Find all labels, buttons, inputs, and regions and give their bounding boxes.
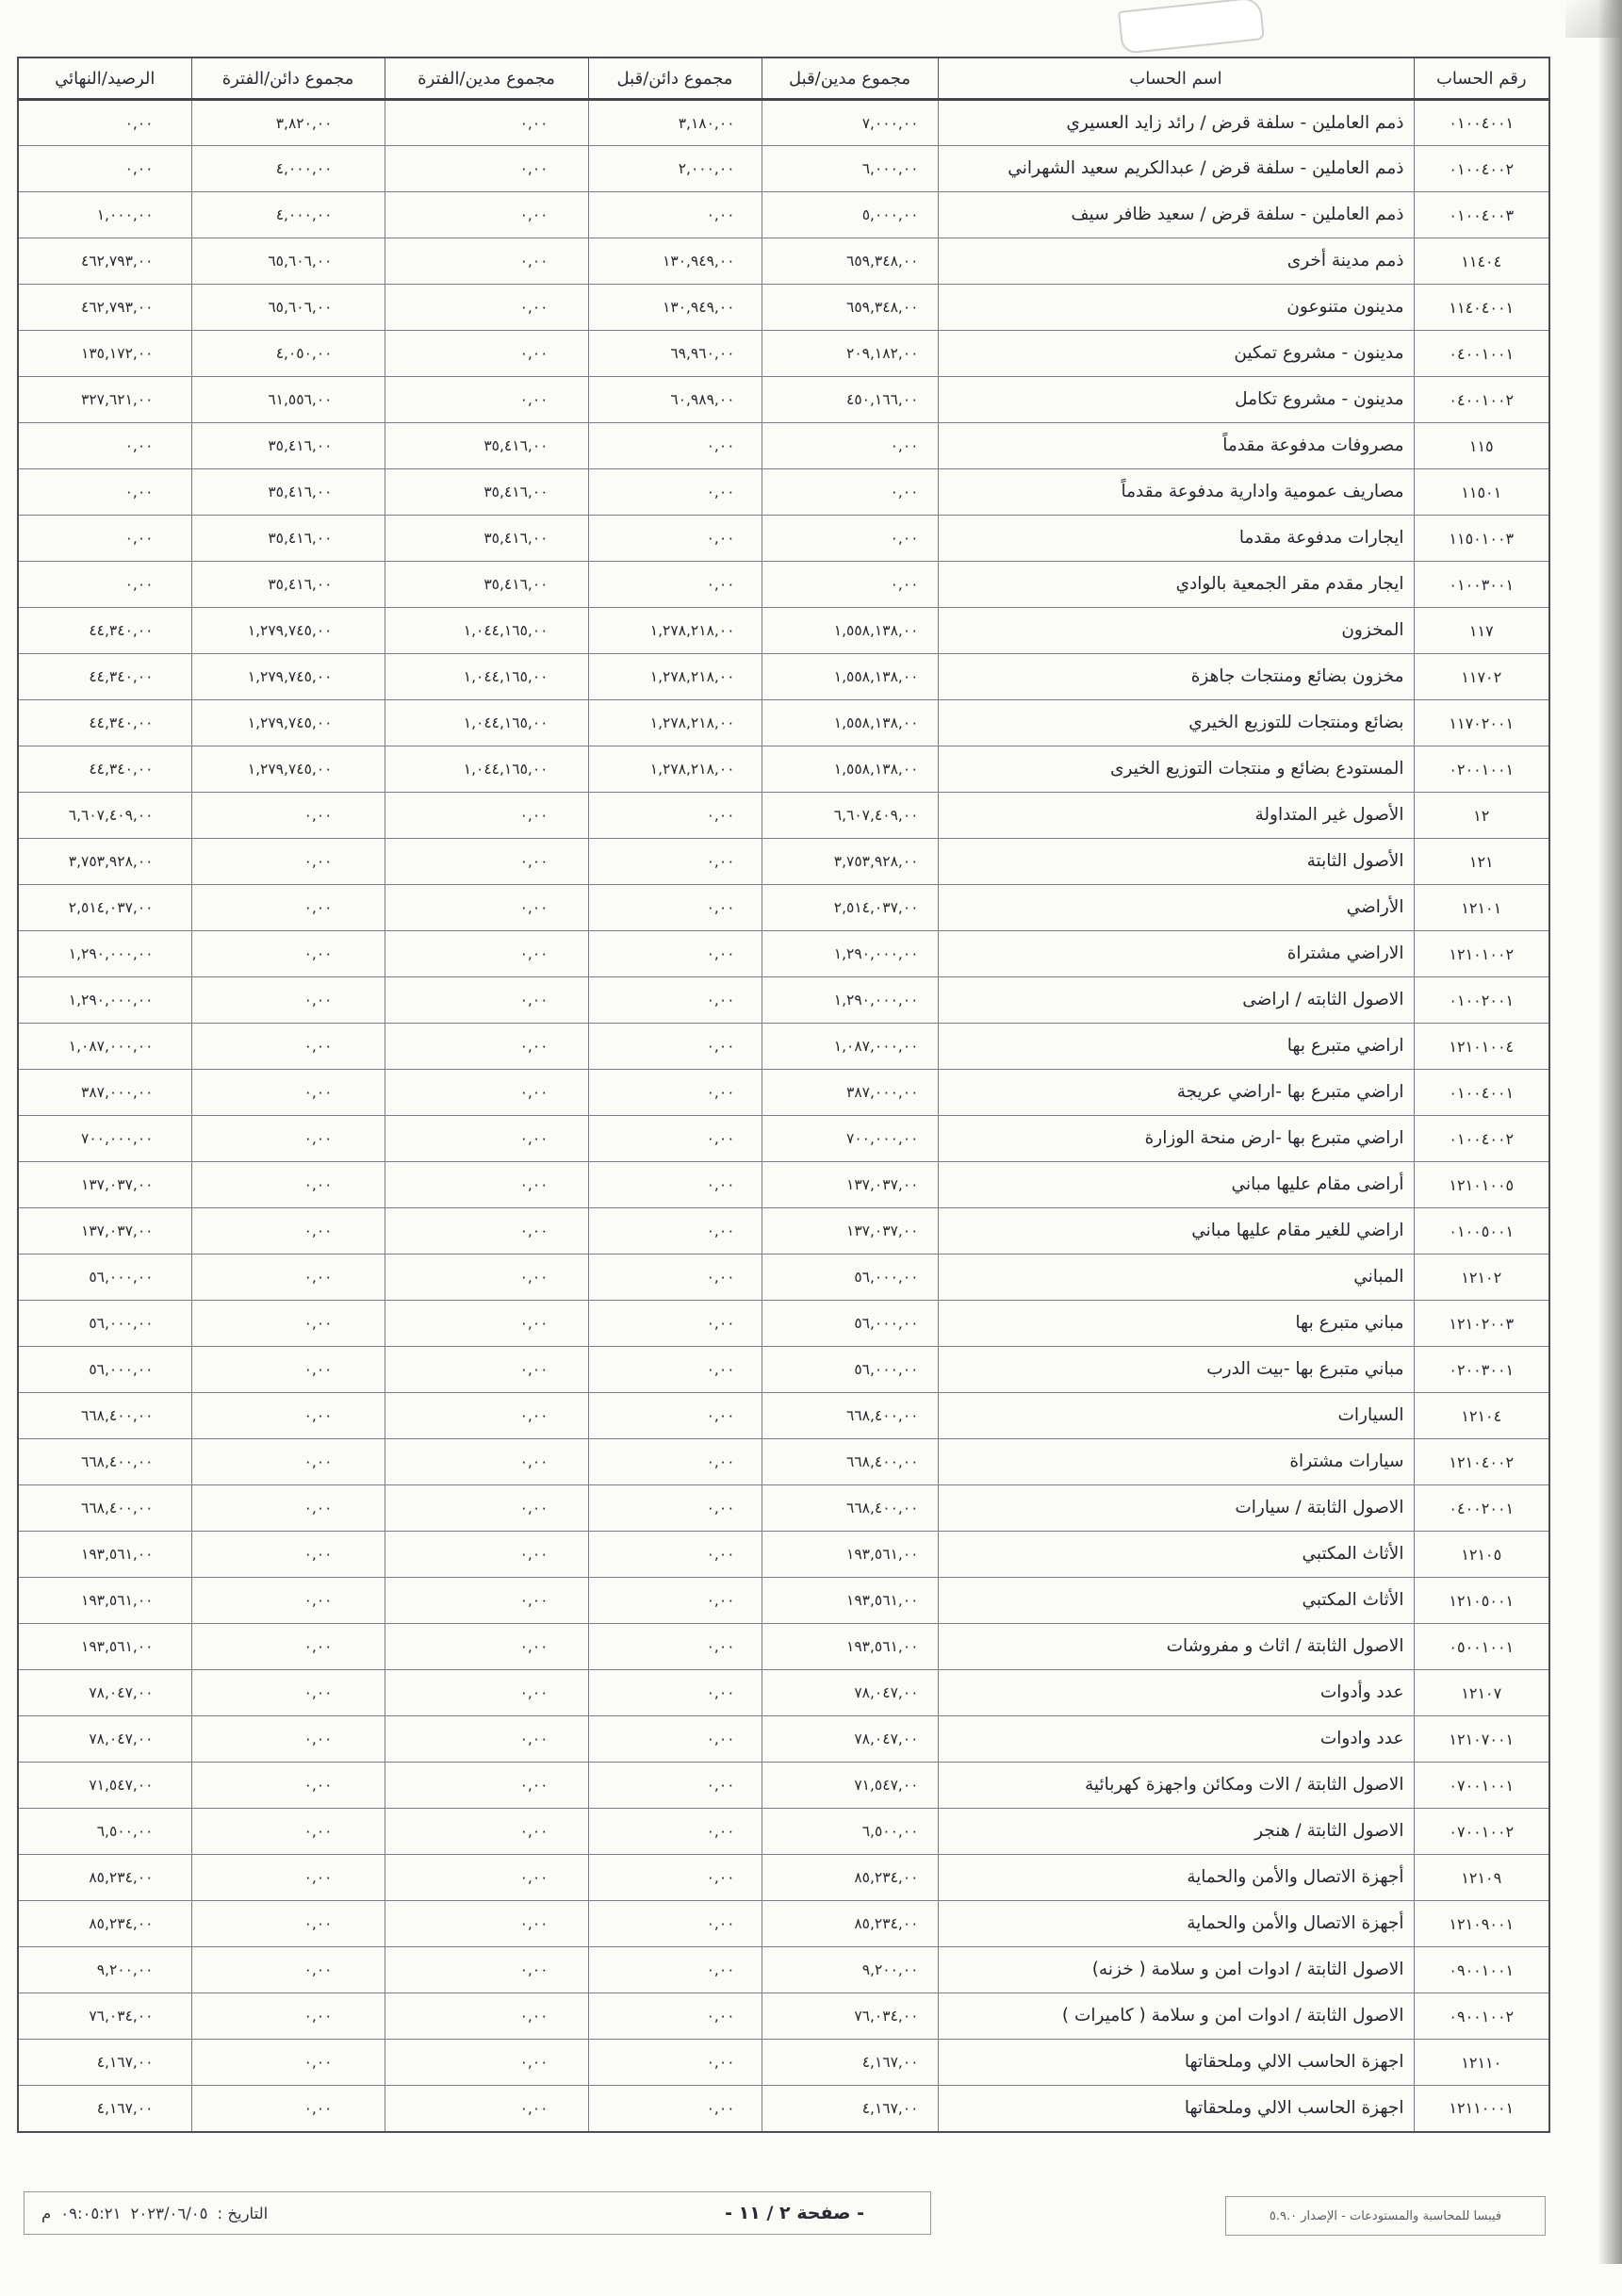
account-name-cell: ايجارات مدفوعة مقدما [938, 516, 1414, 562]
final-balance-cell: ٤٦٢,٧٩٣,٠٠ [18, 238, 191, 285]
credit-before-cell: ٦٩,٩٦٠,٠٠ [588, 331, 762, 377]
final-balance-cell: ٣٨٧,٠٠٠,٠٠ [18, 1070, 191, 1116]
debit-period-cell: ٠,٠٠ [385, 2086, 588, 2132]
final-balance-cell: ٣٢٧,٦٢١,٠٠ [18, 377, 191, 423]
credit-period-cell: ٠,٠٠ [191, 1255, 385, 1301]
final-balance-cell: ٠,٠٠ [18, 100, 191, 146]
debit-before-cell: ١,٥٥٨,١٣٨,٠٠ [762, 700, 938, 746]
credit-before-cell: ٠,٠٠ [588, 1901, 762, 1947]
account-name-cell: ذمم مدينة أخرى [938, 238, 1414, 285]
final-balance-cell: ٦٦٨,٤٠٠,٠٠ [18, 1485, 191, 1532]
footer-vendor-box: فيبسا للمحاسبة والمستودعات - الإصدار ٥.٩… [1225, 2196, 1546, 2236]
footer-date-page-box: - صفحة ٢ / ١١ - التاريخ : ٢٠٢٣/٠٦/٠٥ ٠٩:… [24, 2191, 931, 2235]
final-balance-cell: ٠,٠٠ [18, 562, 191, 608]
debit-before-cell: ١٩٣,٥٦١,٠٠ [762, 1624, 938, 1670]
final-balance-cell: ١٣٧,٠٣٧,٠٠ [18, 1162, 191, 1208]
column-header-final-balance: الرصيد/النهائي [18, 57, 191, 100]
account-name-cell: أجهزة الاتصال والأمن والحماية [938, 1901, 1414, 1947]
account-number-cell: ٠٩٠٠١٠٠٢ [1414, 1993, 1549, 2040]
debit-before-cell: ٤٥٠,١٦٦,٠٠ [762, 377, 938, 423]
debit-period-cell: ٠,٠٠ [385, 931, 588, 977]
account-number-cell: ١١٧٠٢٠٠١ [1414, 700, 1549, 746]
debit-before-cell: ٣,٧٥٣,٩٢٨,٠٠ [762, 839, 938, 885]
account-name-cell: بضائع ومنتجات للتوزيع الخيري [938, 700, 1414, 746]
account-number-cell: ١١٥٠١ [1414, 469, 1549, 516]
account-name-cell: الاراضي مشتراة [938, 931, 1414, 977]
debit-before-cell: ٠,٠٠ [762, 516, 938, 562]
account-name-cell: اجهزة الحاسب الالي وملحقاتها [938, 2086, 1414, 2132]
debit-period-cell: ٠,٠٠ [385, 1716, 588, 1763]
table-row: ١٢ الأصول غير المتداولة ٦,٦٠٧,٤٠٩,٠٠ ٠,٠… [18, 793, 1549, 839]
final-balance-cell: ٧٨,٠٤٧,٠٠ [18, 1716, 191, 1763]
final-balance-cell: ٥٦,٠٠٠,٠٠ [18, 1301, 191, 1347]
debit-period-cell: ٠,٠٠ [385, 1347, 588, 1393]
credit-before-cell: ٠,٠٠ [588, 2086, 762, 2132]
credit-before-cell: ٠,٠٠ [588, 1024, 762, 1070]
debit-before-cell: ٧,٠٠٠,٠٠ [762, 100, 938, 146]
credit-period-cell: ٠,٠٠ [191, 1763, 385, 1809]
table-row: ١١٤٠٤٠٠١ مدينون متنوعون ٦٥٩,٣٤٨,٠٠ ١٣٠,٩… [18, 285, 1549, 331]
table-row: ٠١٠٠٢٠٠١ الاصول الثابته / اراضى ١,٢٩٠,٠٠… [18, 977, 1549, 1024]
credit-period-cell: ٠,٠٠ [191, 1347, 385, 1393]
credit-period-cell: ٠,٠٠ [191, 1716, 385, 1763]
debit-period-cell: ٠,٠٠ [385, 839, 588, 885]
credit-period-cell: ٠,٠٠ [191, 1901, 385, 1947]
account-number-cell: ١٢١٠١ [1414, 885, 1549, 931]
credit-before-cell: ٠,٠٠ [588, 1255, 762, 1301]
credit-period-cell: ٠,٠٠ [191, 2086, 385, 2132]
account-number-cell: ١١٥ [1414, 423, 1549, 469]
account-name-cell: عدد وادوات [938, 1716, 1414, 1763]
account-name-cell: مباني متبرع بها -بيت الدرب [938, 1347, 1414, 1393]
table-row: ٠١٠٠٤٠٠٢ اراضي متبرع بها -ارض منحة الوزا… [18, 1116, 1549, 1162]
credit-before-cell: ١,٢٧٨,٢١٨,٠٠ [588, 746, 762, 793]
account-number-cell: ١١٥٠١٠٠٣ [1414, 516, 1549, 562]
final-balance-cell: ٤٤,٣٤٠,٠٠ [18, 608, 191, 654]
credit-before-cell: ١٣٠,٩٤٩,٠٠ [588, 285, 762, 331]
account-name-cell: مصروفات مدفوعة مقدماً [938, 423, 1414, 469]
account-number-cell: ٠٤٠٠١٠٠١ [1414, 331, 1549, 377]
debit-period-cell: ٠,٠٠ [385, 331, 588, 377]
credit-period-cell: ٣٥,٤١٦,٠٠ [191, 423, 385, 469]
final-balance-cell: ٦٦٨,٤٠٠,٠٠ [18, 1393, 191, 1439]
account-number-cell: ١١٧٠٢ [1414, 654, 1549, 700]
credit-before-cell: ٠,٠٠ [588, 793, 762, 839]
credit-before-cell: ١,٢٧٨,٢١٨,٠٠ [588, 700, 762, 746]
debit-period-cell: ٣٥,٤١٦,٠٠ [385, 562, 588, 608]
account-name-cell: اراضي متبرع بها -ارض منحة الوزارة [938, 1116, 1414, 1162]
credit-period-cell: ٤,٠٠٠,٠٠ [191, 192, 385, 238]
table-row: ٠١٠٠٤٠٠١ ذمم العاملين - سلفة قرض / رائد … [18, 100, 1549, 146]
credit-period-cell: ١,٢٧٩,٧٤٥,٠٠ [191, 654, 385, 700]
table-row: ١١٤٠٤ ذمم مدينة أخرى ٦٥٩,٣٤٨,٠٠ ١٣٠,٩٤٩,… [18, 238, 1549, 285]
account-number-cell: ١٢١٠١٠٠٥ [1414, 1162, 1549, 1208]
debit-period-cell: ٠,٠٠ [385, 1116, 588, 1162]
debit-period-cell: ٠,٠٠ [385, 238, 588, 285]
debit-period-cell: ٠,٠٠ [385, 1485, 588, 1532]
credit-before-cell: ٠,٠٠ [588, 1301, 762, 1347]
column-header-debit-before: مجموع مدين/قبل [762, 57, 938, 100]
final-balance-cell: ٧٨,٠٤٧,٠٠ [18, 1670, 191, 1716]
debit-before-cell: ٥٦,٠٠٠,٠٠ [762, 1347, 938, 1393]
final-balance-cell: ٤,١٦٧,٠٠ [18, 2086, 191, 2132]
credit-before-cell: ٠,٠٠ [588, 192, 762, 238]
account-name-cell: أراضى مقام عليها مباني [938, 1162, 1414, 1208]
credit-before-cell: ٠,٠٠ [588, 562, 762, 608]
account-name-cell: الأراضي [938, 885, 1414, 931]
account-number-cell: ١٢١٠٥٠٠١ [1414, 1578, 1549, 1624]
account-number-cell: ٠٧٠٠١٠٠١ [1414, 1763, 1549, 1809]
table-row: ١٢١١٠ اجهزة الحاسب الالي وملحقاتها ٤,١٦٧… [18, 2040, 1549, 2086]
credit-before-cell: ٠,٠٠ [588, 1162, 762, 1208]
account-name-cell: مصاريف عمومية وادارية مدفوعة مقدماً [938, 469, 1414, 516]
account-number-cell: ١٢١٠٤ [1414, 1393, 1549, 1439]
account-name-cell: ايجار مقدم مقر الجمعية بالوادي [938, 562, 1414, 608]
account-name-cell: الاصول الثابتة / الات ومكائن واجهزة كهرب… [938, 1763, 1414, 1809]
credit-period-cell: ٠,٠٠ [191, 1855, 385, 1901]
credit-period-cell: ٣٥,٤١٦,٠٠ [191, 516, 385, 562]
credit-period-cell: ٦١,٥٥٦,٠٠ [191, 377, 385, 423]
debit-period-cell: ١,٠٤٤,١٦٥,٠٠ [385, 654, 588, 700]
account-number-cell: ١٢١٠٤٠٠٢ [1414, 1439, 1549, 1485]
account-name-cell: الأصول غير المتداولة [938, 793, 1414, 839]
credit-before-cell: ٠,٠٠ [588, 1116, 762, 1162]
final-balance-cell: ١٣٥,١٧٢,٠٠ [18, 331, 191, 377]
account-number-cell: ١٢١ [1414, 839, 1549, 885]
debit-before-cell: ٧٨,٠٤٧,٠٠ [762, 1716, 938, 1763]
credit-period-cell: ٠,٠٠ [191, 1532, 385, 1578]
debit-before-cell: ٠,٠٠ [762, 469, 938, 516]
credit-period-cell: ٠,٠٠ [191, 839, 385, 885]
account-name-cell: مدينون - مشروع تكامل [938, 377, 1414, 423]
credit-period-cell: ٤,٠٥٠,٠٠ [191, 331, 385, 377]
table-row: ٠٢٠٠١٠٠١ المستودع بضائع و منتجات التوزيع… [18, 746, 1549, 793]
final-balance-cell: ١٩٣,٥٦١,٠٠ [18, 1624, 191, 1670]
final-balance-cell: ١,٢٩٠,٠٠٠,٠٠ [18, 931, 191, 977]
credit-period-cell: ٠,٠٠ [191, 1670, 385, 1716]
credit-before-cell: ٠,٠٠ [588, 1208, 762, 1255]
debit-period-cell: ٠,٠٠ [385, 1947, 588, 1993]
debit-period-cell: ٠,٠٠ [385, 146, 588, 192]
table-row: ١٢١٠٩٠٠١ أجهزة الاتصال والأمن والحماية ٨… [18, 1901, 1549, 1947]
trial-balance-table: رقم الحساب اسم الحساب مجموع مدين/قبل مجم… [17, 57, 1550, 2133]
debit-before-cell: ١,٥٥٨,١٣٨,٠٠ [762, 608, 938, 654]
account-name-cell: السيارات [938, 1393, 1414, 1439]
account-number-cell: ١٢١٠١٠٠٤ [1414, 1024, 1549, 1070]
debit-period-cell: ٠,٠٠ [385, 1855, 588, 1901]
account-number-cell: ٠١٠٠٤٠٠٣ [1414, 192, 1549, 238]
account-name-cell: اراضي متبرع بها -اراضي عريجة [938, 1070, 1414, 1116]
debit-before-cell: ٢,٥١٤,٠٣٧,٠٠ [762, 885, 938, 931]
account-name-cell: مدينون - مشروع تمكين [938, 331, 1414, 377]
debit-period-cell: ١,٠٤٤,١٦٥,٠٠ [385, 746, 588, 793]
final-balance-cell: ٠,٠٠ [18, 469, 191, 516]
account-number-cell: ٠٤٠٠٢٠٠١ [1414, 1485, 1549, 1532]
debit-before-cell: ٤,١٦٧,٠٠ [762, 2086, 938, 2132]
table-row: ١١٥٠١٠٠٣ ايجارات مدفوعة مقدما ٠,٠٠ ٠,٠٠ … [18, 516, 1549, 562]
account-name-cell: الأصول الثابتة [938, 839, 1414, 885]
debit-before-cell: ٦٥٩,٣٤٨,٠٠ [762, 238, 938, 285]
credit-before-cell: ٠,٠٠ [588, 931, 762, 977]
final-balance-cell: ٨٥,٢٣٤,٠٠ [18, 1855, 191, 1901]
account-number-cell: ١٢١٠٩ [1414, 1855, 1549, 1901]
account-number-cell: ٠١٠٠٤٠٠١ [1414, 1070, 1549, 1116]
final-balance-cell: ٥٦,٠٠٠,٠٠ [18, 1255, 191, 1301]
final-balance-cell: ٤٤,٣٤٠,٠٠ [18, 654, 191, 700]
credit-period-cell: ٠,٠٠ [191, 977, 385, 1024]
credit-period-cell: ٠,٠٠ [191, 1024, 385, 1070]
debit-period-cell: ٣٥,٤١٦,٠٠ [385, 516, 588, 562]
debit-before-cell: ١,٠٨٧,٠٠٠,٠٠ [762, 1024, 938, 1070]
final-balance-cell: ٤٤,٣٤٠,٠٠ [18, 746, 191, 793]
credit-period-cell: ٠,٠٠ [191, 1439, 385, 1485]
date-label: التاريخ : [218, 2205, 269, 2222]
account-name-cell: اراضي متبرع بها [938, 1024, 1414, 1070]
debit-before-cell: ٧٠٠,٠٠٠,٠٠ [762, 1116, 938, 1162]
table-row: ١٢١٠٤ السيارات ٦٦٨,٤٠٠,٠٠ ٠,٠٠ ٠,٠٠ ٠,٠٠… [18, 1393, 1549, 1439]
account-name-cell: ذمم العاملين - سلفة قرض / رائد زايد العس… [938, 100, 1414, 146]
debit-before-cell: ٨٥,٢٣٤,٠٠ [762, 1901, 938, 1947]
debit-before-cell: ١,٢٩٠,٠٠٠,٠٠ [762, 977, 938, 1024]
table-row: ١٢١٠٧ عدد وأدوات ٧٨,٠٤٧,٠٠ ٠,٠٠ ٠,٠٠ ٠,٠… [18, 1670, 1549, 1716]
table-row: ١١٧ المخزون ١,٥٥٨,١٣٨,٠٠ ١,٢٧٨,٢١٨,٠٠ ١,… [18, 608, 1549, 654]
account-number-cell: ١٢١٠٩٠٠١ [1414, 1901, 1549, 1947]
final-balance-cell: ٠,٠٠ [18, 146, 191, 192]
debit-before-cell: ١٣٧,٠٣٧,٠٠ [762, 1208, 938, 1255]
date-value: ٢٠٢٣/٠٦/٠٥ [131, 2205, 208, 2222]
credit-before-cell: ٠,٠٠ [588, 1947, 762, 1993]
final-balance-cell: ٤٤,٣٤٠,٠٠ [18, 700, 191, 746]
table-row: ١٢١٠١ الأراضي ٢,٥١٤,٠٣٧,٠٠ ٠,٠٠ ٠,٠٠ ٠,٠… [18, 885, 1549, 931]
credit-period-cell: ٣٥,٤١٦,٠٠ [191, 562, 385, 608]
final-balance-cell: ٤,١٦٧,٠٠ [18, 2040, 191, 2086]
account-number-cell: ١٢١٠٢ [1414, 1255, 1549, 1301]
debit-before-cell: ٦٦٨,٤٠٠,٠٠ [762, 1439, 938, 1485]
account-number-cell: ١٢١٠١٠٠٢ [1414, 931, 1549, 977]
debit-before-cell: ٥٦,٠٠٠,٠٠ [762, 1255, 938, 1301]
account-number-cell: ٠١٠٠٤٠٠٢ [1414, 146, 1549, 192]
table-row: ١٢١٠٢٠٠٣ مباني متبرع بها ٥٦,٠٠٠,٠٠ ٠,٠٠ … [18, 1301, 1549, 1347]
credit-period-cell: ٠,٠٠ [191, 2040, 385, 2086]
credit-before-cell: ٠,٠٠ [588, 469, 762, 516]
account-number-cell: ٠٥٠٠١٠٠١ [1414, 1624, 1549, 1670]
table-row: ٠١٠٠٤٠٠١ اراضي متبرع بها -اراضي عريجة ٣٨… [18, 1070, 1549, 1116]
debit-before-cell: ١,٥٥٨,١٣٨,٠٠ [762, 654, 938, 700]
account-name-cell: مدينون متنوعون [938, 285, 1414, 331]
account-number-cell: ١٢١٠٧٠٠١ [1414, 1716, 1549, 1763]
credit-period-cell: ٠,٠٠ [191, 1993, 385, 2040]
debit-period-cell: ٣٥,٤١٦,٠٠ [385, 423, 588, 469]
table-row: ١٢١٠١٠٠٤ اراضي متبرع بها ١,٠٨٧,٠٠٠,٠٠ ٠,… [18, 1024, 1549, 1070]
table-row: ١٢١٠٢ المباني ٥٦,٠٠٠,٠٠ ٠,٠٠ ٠,٠٠ ٠,٠٠ ٥… [18, 1255, 1549, 1301]
debit-before-cell: ٦,٥٠٠,٠٠ [762, 1809, 938, 1855]
account-number-cell: ١٢١٠٥ [1414, 1532, 1549, 1578]
debit-before-cell: ٧١,٥٤٧,٠٠ [762, 1763, 938, 1809]
debit-period-cell: ٣٥,٤١٦,٠٠ [385, 469, 588, 516]
table-row: ١٢١ الأصول الثابتة ٣,٧٥٣,٩٢٨,٠٠ ٠,٠٠ ٠,٠… [18, 839, 1549, 885]
debit-before-cell: ١٣٧,٠٣٧,٠٠ [762, 1162, 938, 1208]
credit-period-cell: ٠,٠٠ [191, 1624, 385, 1670]
credit-period-cell: ٠,٠٠ [191, 793, 385, 839]
scanned-report-page: رقم الحساب اسم الحساب مجموع مدين/قبل مجم… [0, 0, 1622, 2296]
debit-before-cell: ٢٠٩,١٨٢,٠٠ [762, 331, 938, 377]
table-row: ٠٤٠٠٢٠٠١ الاصول الثابتة / سيارات ٦٦٨,٤٠٠… [18, 1485, 1549, 1532]
credit-before-cell: ٠,٠٠ [588, 1763, 762, 1809]
credit-period-cell: ١,٢٧٩,٧٤٥,٠٠ [191, 608, 385, 654]
final-balance-cell: ١٩٣,٥٦١,٠٠ [18, 1578, 191, 1624]
debit-period-cell: ٠,٠٠ [385, 100, 588, 146]
table-header-row: رقم الحساب اسم الحساب مجموع مدين/قبل مجم… [18, 57, 1549, 100]
debit-before-cell: ٠,٠٠ [762, 562, 938, 608]
final-balance-cell: ١,٢٩٠,٠٠٠,٠٠ [18, 977, 191, 1024]
debit-period-cell: ٠,٠٠ [385, 977, 588, 1024]
debit-period-cell: ٠,٠٠ [385, 1624, 588, 1670]
debit-period-cell: ٠,٠٠ [385, 793, 588, 839]
account-name-cell: عدد وأدوات [938, 1670, 1414, 1716]
debit-before-cell: ١٩٣,٥٦١,٠٠ [762, 1578, 938, 1624]
account-name-cell: الأثاث المكتبي [938, 1578, 1414, 1624]
account-name-cell: سيارات مشتراة [938, 1439, 1414, 1485]
account-name-cell: المستودع بضائع و منتجات التوزيع الخيرى [938, 746, 1414, 793]
column-header-account-name: اسم الحساب [938, 57, 1414, 100]
credit-period-cell: ٠,٠٠ [191, 1208, 385, 1255]
account-name-cell: المخزون [938, 608, 1414, 654]
debit-before-cell: ٠,٠٠ [762, 423, 938, 469]
credit-period-cell: ٣,٨٢٠,٠٠ [191, 100, 385, 146]
table-row: ٠٤٠٠١٠٠٢ مدينون - مشروع تكامل ٤٥٠,١٦٦,٠٠… [18, 377, 1549, 423]
final-balance-cell: ١٣٧,٠٣٧,٠٠ [18, 1208, 191, 1255]
credit-before-cell: ٠,٠٠ [588, 1347, 762, 1393]
account-number-cell: ١٢١٠٧ [1414, 1670, 1549, 1716]
account-number-cell: ١٢١١٠٠٠١ [1414, 2086, 1549, 2132]
debit-period-cell: ٠,٠٠ [385, 192, 588, 238]
final-balance-cell: ٦,٥٠٠,٠٠ [18, 1809, 191, 1855]
account-name-cell: الاصول الثابته / اراضى [938, 977, 1414, 1024]
credit-before-cell: ٠,٠٠ [588, 1670, 762, 1716]
final-balance-cell: ٥٦,٠٠٠,٠٠ [18, 1347, 191, 1393]
debit-period-cell: ٠,٠٠ [385, 885, 588, 931]
credit-period-cell: ٠,٠٠ [191, 1809, 385, 1855]
debit-period-cell: ٠,٠٠ [385, 1393, 588, 1439]
account-name-cell: ذمم العاملين - سلفة قرض / سعيد ظافر سيف [938, 192, 1414, 238]
account-name-cell: مخزون بضائع ومنتجات جاهزة [938, 654, 1414, 700]
credit-before-cell: ٠,٠٠ [588, 516, 762, 562]
account-name-cell: الاصول الثابتة / ادوات امن و سلامة ( كام… [938, 1993, 1414, 2040]
account-name-cell: اراضي للغير مقام عليها مباني [938, 1208, 1414, 1255]
debit-period-cell: ٠,٠٠ [385, 1070, 588, 1116]
account-number-cell: ١٢١١٠ [1414, 2040, 1549, 2086]
debit-period-cell: ٠,٠٠ [385, 1809, 588, 1855]
credit-period-cell: ٣٥,٤١٦,٠٠ [191, 469, 385, 516]
credit-before-cell: ٠,٠٠ [588, 885, 762, 931]
final-balance-cell: ٩,٢٠٠,٠٠ [18, 1947, 191, 1993]
debit-before-cell: ٨٥,٢٣٤,٠٠ [762, 1855, 938, 1901]
table-row: ١٢١٠٥٠٠١ الأثاث المكتبي ١٩٣,٥٦١,٠٠ ٠,٠٠ … [18, 1578, 1549, 1624]
column-header-credit-period: مجموع دائن/الفترة [191, 57, 385, 100]
debit-period-cell: ٠,٠٠ [385, 1162, 588, 1208]
debit-before-cell: ١,٥٥٨,١٣٨,٠٠ [762, 746, 938, 793]
debit-period-cell: ٠,٠٠ [385, 1301, 588, 1347]
account-name-cell: الاصول الثابتة / اثاث و مفروشات [938, 1624, 1414, 1670]
credit-before-cell: ٠,٠٠ [588, 1485, 762, 1532]
account-name-cell: مباني متبرع بها [938, 1301, 1414, 1347]
final-balance-cell: ٧٠٠,٠٠٠,٠٠ [18, 1116, 191, 1162]
credit-before-cell: ٠,٠٠ [588, 1993, 762, 2040]
account-name-cell: الاصول الثابتة / هنجر [938, 1809, 1414, 1855]
correction-tape-artifact [1118, 0, 1265, 55]
credit-period-cell: ٠,٠٠ [191, 885, 385, 931]
credit-before-cell: ٠,٠٠ [588, 1855, 762, 1901]
debit-before-cell: ٦٥٩,٣٤٨,٠٠ [762, 285, 938, 331]
debit-period-cell: ٠,٠٠ [385, 1763, 588, 1809]
final-balance-cell: ٣,٧٥٣,٩٢٨,٠٠ [18, 839, 191, 885]
final-balance-cell: ٧١,٥٤٧,٠٠ [18, 1763, 191, 1809]
debit-period-cell: ٠,٠٠ [385, 1578, 588, 1624]
credit-period-cell: ٠,٠٠ [191, 1578, 385, 1624]
table-row: ١٢١٠١٠٠٥ أراضى مقام عليها مباني ١٣٧,٠٣٧,… [18, 1162, 1549, 1208]
debit-period-cell: ٠,٠٠ [385, 1532, 588, 1578]
final-balance-cell: ٦,٦٠٧,٤٠٩,٠٠ [18, 793, 191, 839]
credit-period-cell: ١,٢٧٩,٧٤٥,٠٠ [191, 746, 385, 793]
meridiem-label: م [41, 2205, 51, 2222]
account-number-cell: ١١٤٠٤ [1414, 238, 1549, 285]
credit-period-cell: ٦٥,٦٠٦,٠٠ [191, 285, 385, 331]
account-number-cell: ٠١٠٠٤٠٠١ [1414, 100, 1549, 146]
table-row: ٠٢٠٠٣٠٠١ مباني متبرع بها -بيت الدرب ٥٦,٠… [18, 1347, 1549, 1393]
scanner-corner-shadow [1565, 0, 1622, 38]
credit-period-cell: ٠,٠٠ [191, 1393, 385, 1439]
account-number-cell: ٠٧٠٠١٠٠٢ [1414, 1809, 1549, 1855]
table-row: ١١٧٠٢٠٠١ بضائع ومنتجات للتوزيع الخيري ١,… [18, 700, 1549, 746]
debit-before-cell: ٦,٦٠٧,٤٠٩,٠٠ [762, 793, 938, 839]
credit-before-cell: ١٣٠,٩٤٩,٠٠ [588, 238, 762, 285]
scanner-edge-shadow [1597, 0, 1622, 2264]
debit-period-cell: ١,٠٤٤,١٦٥,٠٠ [385, 608, 588, 654]
debit-period-cell: ٠,٠٠ [385, 2040, 588, 2086]
debit-before-cell: ٥,٠٠٠,٠٠ [762, 192, 938, 238]
account-number-cell: ٠١٠٠٤٠٠٢ [1414, 1116, 1549, 1162]
credit-before-cell: ٠,٠٠ [588, 2040, 762, 2086]
credit-before-cell: ٠,٠٠ [588, 1716, 762, 1763]
final-balance-cell: ٢,٥١٤,٠٣٧,٠٠ [18, 885, 191, 931]
table-row: ١٢١٠١٠٠٢ الاراضي مشتراة ١,٢٩٠,٠٠٠,٠٠ ٠,٠… [18, 931, 1549, 977]
debit-period-cell: ٠,٠٠ [385, 285, 588, 331]
debit-before-cell: ٦٦٨,٤٠٠,٠٠ [762, 1393, 938, 1439]
debit-period-cell: ٠,٠٠ [385, 377, 588, 423]
final-balance-cell: ٧٦,٠٣٤,٠٠ [18, 1993, 191, 2040]
debit-before-cell: ٦٦٨,٤٠٠,٠٠ [762, 1485, 938, 1532]
table-row: ١١٥ مصروفات مدفوعة مقدماً ٠,٠٠ ٠,٠٠ ٣٥,٤… [18, 423, 1549, 469]
account-number-cell: ٠٤٠٠١٠٠٢ [1414, 377, 1549, 423]
final-balance-cell: ٠,٠٠ [18, 423, 191, 469]
table-row: ١٢١٠٩ أجهزة الاتصال والأمن والحماية ٨٥,٢… [18, 1855, 1549, 1901]
account-number-cell: ٠٢٠٠٣٠٠١ [1414, 1347, 1549, 1393]
table-row: ٠١٠٠٥٠٠١ اراضي للغير مقام عليها مباني ١٣… [18, 1208, 1549, 1255]
table-row: ١٢١٠٤٠٠٢ سيارات مشتراة ٦٦٨,٤٠٠,٠٠ ٠,٠٠ ٠… [18, 1439, 1549, 1485]
column-header-credit-before: مجموع دائن/قبل [588, 57, 762, 100]
vendor-version-label: فيبسا للمحاسبة والمستودعات - الإصدار ٥.٩… [1270, 2209, 1501, 2223]
table-row: ٠٩٠٠١٠٠٢ الاصول الثابتة / ادوات امن و سل… [18, 1993, 1549, 2040]
final-balance-cell: ٤٦٢,٧٩٣,٠٠ [18, 285, 191, 331]
account-number-cell: ٠٢٠٠١٠٠١ [1414, 746, 1549, 793]
credit-before-cell: ٠,٠٠ [588, 1578, 762, 1624]
debit-period-cell: ٠,٠٠ [385, 1439, 588, 1485]
credit-before-cell: ٦٠,٩٨٩,٠٠ [588, 377, 762, 423]
table-body: ٠١٠٠٤٠٠١ ذمم العاملين - سلفة قرض / رائد … [18, 100, 1549, 2132]
credit-period-cell: ٠,٠٠ [191, 1116, 385, 1162]
table-row: ٠٥٠٠١٠٠١ الاصول الثابتة / اثاث و مفروشات… [18, 1624, 1549, 1670]
table-row: ١١٥٠١ مصاريف عمومية وادارية مدفوعة مقدما… [18, 469, 1549, 516]
